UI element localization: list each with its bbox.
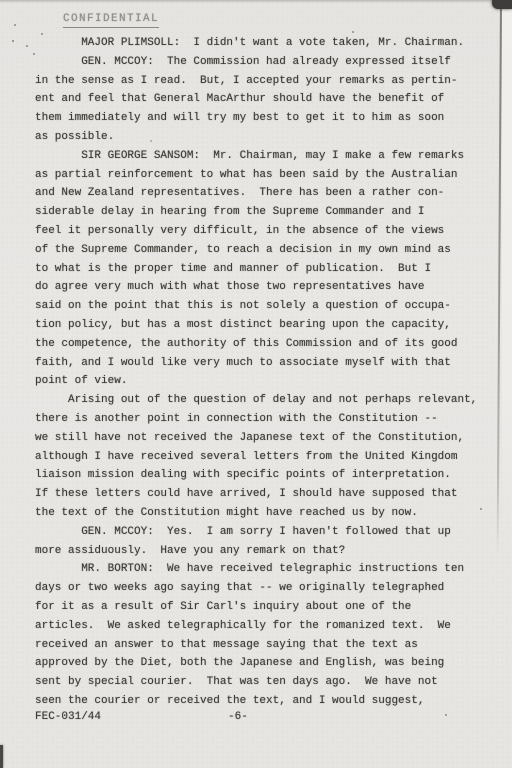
transcript-line: articles. We asked telegraphically for t… bbox=[35, 617, 477, 636]
transcript-line: feel it personally very difficult, in th… bbox=[35, 222, 477, 241]
transcript-line: to what is the proper time and manner of… bbox=[35, 260, 477, 279]
transcript-line: seen the courier or received the text, a… bbox=[35, 692, 477, 711]
scan-speck bbox=[12, 40, 14, 42]
transcript-line: point of view. bbox=[35, 372, 477, 391]
transcript-line: GEN. MCCOY: The Commission had already e… bbox=[35, 53, 477, 72]
document-id: FEC-031/44 bbox=[35, 711, 101, 723]
transcript-line: liaison mission dealing with specific po… bbox=[35, 466, 477, 485]
scan-speck bbox=[445, 714, 447, 716]
transcript-line: siderable delay in hearing from the Supr… bbox=[35, 203, 477, 222]
transcript-line: SIR GEORGE SANSOM: Mr. Chairman, may I m… bbox=[35, 147, 477, 166]
transcript-line: ent and feel that General MacArthur shou… bbox=[35, 90, 477, 109]
transcript-line: received an answer to that message sayin… bbox=[35, 636, 477, 655]
scan-bottom-left-mark bbox=[0, 745, 3, 768]
transcript-line: of the Supreme Commander, to reach a dec… bbox=[35, 241, 477, 260]
scan-speck bbox=[41, 33, 43, 35]
transcript-line: we still have not received the Japanese … bbox=[35, 429, 477, 448]
page-number: -6- bbox=[228, 711, 248, 723]
transcript-line: Arising out of the question of delay and… bbox=[35, 391, 477, 410]
transcript-line: do agree very much with what those two r… bbox=[35, 278, 477, 297]
scan-speck bbox=[26, 45, 28, 47]
scan-speck bbox=[14, 24, 16, 26]
document-page: CONFIDENTIAL MAJOR PLIMSOLL: I didn't wa… bbox=[0, 0, 512, 768]
scan-page-edge-strip bbox=[502, 0, 512, 545]
transcript-line: them immediately and will try my best to… bbox=[35, 109, 477, 128]
transcript-line: tion policy, but has a most distinct bea… bbox=[35, 316, 477, 335]
scan-speck bbox=[352, 31, 354, 33]
transcript-line: faith, and I would like very much to ass… bbox=[35, 354, 477, 373]
transcript-line: If these letters could have arrived, I s… bbox=[35, 485, 477, 504]
scan-speck bbox=[480, 508, 482, 510]
transcript-line: the competence, the authority of this Co… bbox=[35, 335, 477, 354]
transcript-line: and New Zealand representatives. There h… bbox=[35, 184, 477, 203]
transcript-line: sent by special courier. That was ten da… bbox=[35, 673, 477, 692]
transcript-line: although I have received several letters… bbox=[35, 448, 477, 467]
transcript-line: approved by the Diet, both the Japanese … bbox=[35, 654, 477, 673]
transcript-line: GEN. MCCOY: Yes. I am sorry I haven't fo… bbox=[35, 523, 477, 542]
page-footer: FEC-031/44 -6- bbox=[0, 711, 512, 731]
transcript-line: for it as a result of Sir Carl's inquiry… bbox=[35, 598, 477, 617]
transcript-body: MAJOR PLIMSOLL: I didn't want a vote tak… bbox=[35, 34, 477, 711]
transcript-line: there is another point in connection wit… bbox=[35, 410, 477, 429]
transcript-line: more assiduously. Have you any remark on… bbox=[35, 542, 477, 561]
transcript-line: MAJOR PLIMSOLL: I didn't want a vote tak… bbox=[35, 34, 477, 53]
scan-corner-mark bbox=[492, 0, 512, 9]
transcript-line: in the sense as I read. But, I accepted … bbox=[35, 72, 477, 91]
transcript-line: days or two weeks ago saying that -- we … bbox=[35, 579, 477, 598]
transcript-line: as partial reinforcement to what has bee… bbox=[35, 166, 477, 185]
classification-stamp: CONFIDENTIAL bbox=[63, 13, 159, 28]
scan-speck bbox=[150, 140, 152, 142]
transcript-line: MR. BORTON: We have received telegraphic… bbox=[35, 560, 477, 579]
transcript-line: as possible. bbox=[35, 128, 477, 147]
scan-speck bbox=[33, 53, 35, 55]
transcript-line: the text of the Constitution might have … bbox=[35, 504, 477, 523]
transcript-line: said on the point that this is not solel… bbox=[35, 297, 477, 316]
scan-top-edge-shadow bbox=[0, 0, 512, 3]
